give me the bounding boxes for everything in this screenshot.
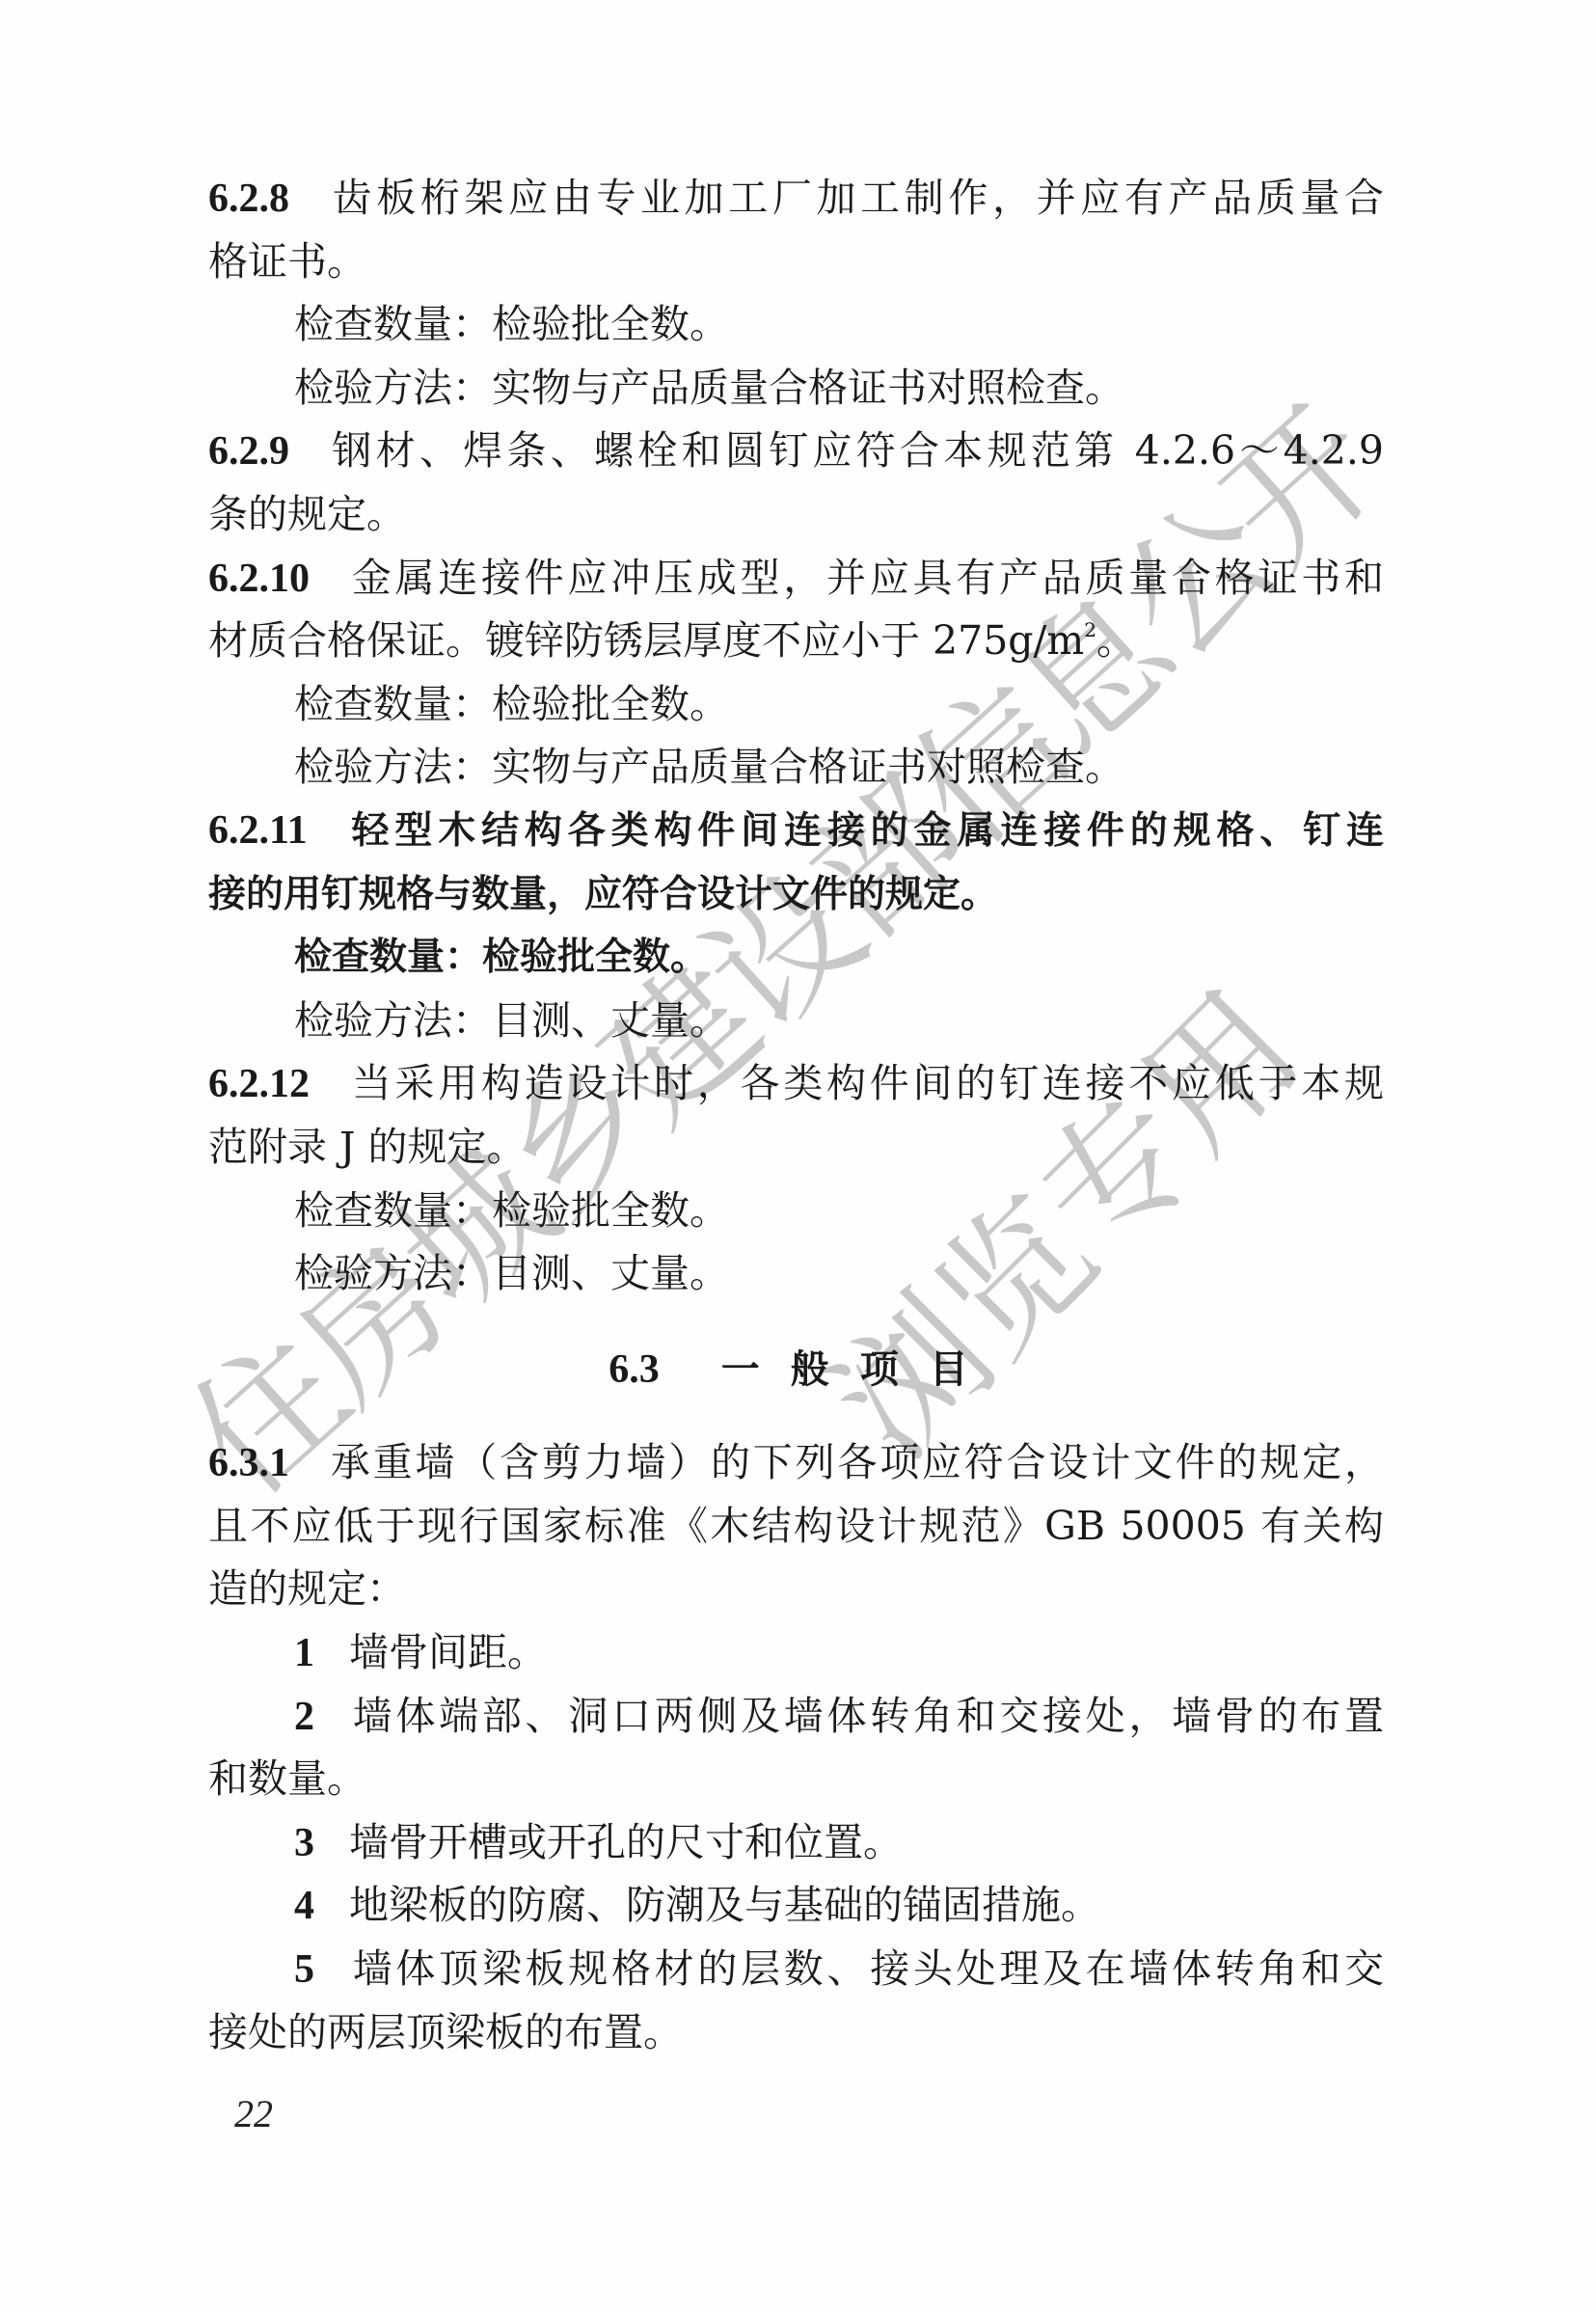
item-text: 墙骨间距。 bbox=[349, 1629, 547, 1675]
clause-6-2-10-line-1: 6.2.10金属连接件应冲压成型，并应具有产品质量合格证书和 bbox=[208, 547, 1384, 611]
clause-number: 6.2.9 bbox=[208, 429, 289, 474]
page-number: 22 bbox=[234, 2091, 273, 2136]
check-quantity: 检查数量：检验批全数。 bbox=[208, 673, 1384, 737]
section-heading: 6.3一般项目 bbox=[208, 1339, 1384, 1402]
item-number: 2 bbox=[294, 1695, 314, 1739]
section-number: 6.3 bbox=[609, 1347, 660, 1392]
list-item-4: 4地梁板的防腐、防潮及与基础的锚固措施。 bbox=[208, 1874, 1384, 1938]
clause-6-2-12-line-1: 6.2.12当采用构造设计时，各类构件间的钉连接不应低于本规 bbox=[208, 1052, 1384, 1116]
clause-number: 6.2.12 bbox=[208, 1062, 310, 1106]
clause-text: 当采用构造设计时，各类构件间的钉连接不应低于本规 bbox=[348, 1060, 1384, 1106]
list-item-5-line-2: 接处的两层顶梁板的布置。 bbox=[208, 2001, 1384, 2065]
clause-6-3-1-line-3: 造的规定： bbox=[208, 1558, 1384, 1621]
clause-number: 6.2.10 bbox=[208, 557, 310, 601]
clause-text: 造的规定： bbox=[208, 1565, 406, 1612]
list-item-2-line-1: 2墙体端部、洞口两侧及墙体转角和交接处，墙骨的布置 bbox=[208, 1685, 1384, 1749]
clause-6-2-11-line-1: 6.2.11轻型木结构各类构件间连接的金属连接件的规格、钉连 bbox=[208, 800, 1384, 863]
clause-text: 钢材、焊条、螺栓和圆钉应符合本规范第 4.2.6～4.2.9 bbox=[328, 427, 1384, 474]
clause-6-2-8-line-2: 格证书。 bbox=[208, 231, 1384, 294]
clause-text: 承重墙（含剪力墙）的下列各项应符合设计文件的规定， bbox=[328, 1439, 1384, 1485]
item-text: 地梁板的防腐、防潮及与基础的锚固措施。 bbox=[349, 1882, 1100, 1928]
body-text: 6.2.8齿板桁架应由专业加工厂加工制作，并应有产品质量合 格证书。 检查数量：… bbox=[208, 167, 1384, 2064]
clause-text: 且不应低于现行国家标准《木结构设计规范》GB 50005 有关构 bbox=[208, 1503, 1384, 1549]
clause-text: 格证书。 bbox=[208, 238, 366, 285]
superscript: 2 bbox=[1084, 618, 1096, 641]
clause-6-2-11-line-2: 接的用钉规格与数量，应符合设计文件的规定。 bbox=[208, 863, 1384, 927]
clause-text: 范附录 J 的规定。 bbox=[208, 1124, 527, 1170]
section-title-char: 项 bbox=[860, 1347, 899, 1392]
item-number: 5 bbox=[294, 1947, 314, 1992]
clause-number: 6.3.1 bbox=[208, 1441, 289, 1485]
clause-number: 6.2.8 bbox=[208, 177, 289, 221]
list-item-1: 1墙骨间距。 bbox=[208, 1621, 1384, 1685]
item-text: 墙骨开槽或开孔的尺寸和位置。 bbox=[349, 1819, 903, 1865]
section-title-char: 目 bbox=[930, 1347, 968, 1392]
clause-6-2-10-line-2: 材质合格保证。镀锌防锈层厚度不应小于 275g/m2。 bbox=[208, 610, 1384, 673]
item-number: 3 bbox=[294, 1821, 314, 1865]
list-item-5-line-1: 5墙体顶梁板规格材的层数、接头处理及在墙体转角和交 bbox=[208, 1938, 1384, 2001]
section-title-char: 一 bbox=[721, 1347, 760, 1392]
clause-6-3-1-line-2: 且不应低于现行国家标准《木结构设计规范》GB 50005 有关构 bbox=[208, 1495, 1384, 1559]
item-text: 墙体顶梁板规格材的层数、接头处理及在墙体转角和交 bbox=[349, 1945, 1384, 1992]
clause-6-2-8-line-1: 6.2.8齿板桁架应由专业加工厂加工制作，并应有产品质量合 bbox=[208, 167, 1384, 231]
check-method: 检验方法：目测、丈量。 bbox=[208, 990, 1384, 1053]
list-item-2-line-2: 和数量。 bbox=[208, 1748, 1384, 1811]
clause-text: 。 bbox=[1096, 617, 1136, 664]
clause-text: 材质合格保证。镀锌防锈层厚度不应小于 275g/m bbox=[208, 617, 1084, 664]
item-number: 4 bbox=[294, 1884, 314, 1928]
clause-6-2-12-line-2: 范附录 J 的规定。 bbox=[208, 1116, 1384, 1180]
clause-text: 条的规定。 bbox=[208, 491, 406, 537]
clause-text: 接的用钉规格与数量，应符合设计文件的规定。 bbox=[208, 873, 998, 916]
clause-text: 齿板桁架应由专业加工厂加工制作，并应有产品质量合 bbox=[328, 175, 1384, 221]
item-text: 墙体端部、洞口两侧及墙体转角和交接处，墙骨的布置 bbox=[349, 1693, 1384, 1739]
check-quantity: 检查数量：检验批全数。 bbox=[208, 293, 1384, 357]
section-title-char: 般 bbox=[791, 1347, 829, 1392]
clause-6-3-1-line-1: 6.3.1承重墙（含剪力墙）的下列各项应符合设计文件的规定， bbox=[208, 1431, 1384, 1495]
item-text: 和数量。 bbox=[208, 1755, 366, 1802]
clause-number: 6.2.11 bbox=[208, 808, 308, 853]
list-item-3: 3墙骨开槽或开孔的尺寸和位置。 bbox=[208, 1811, 1384, 1875]
item-number: 1 bbox=[294, 1631, 314, 1675]
clause-text: 金属连接件应冲压成型，并应具有产品质量合格证书和 bbox=[348, 555, 1384, 601]
item-text: 接处的两层顶梁板的布置。 bbox=[208, 2009, 683, 2055]
check-quantity: 检查数量：检验批全数。 bbox=[208, 926, 1384, 990]
clause-6-2-9-line-2: 条的规定。 bbox=[208, 483, 1384, 547]
clause-text: 轻型木结构各类构件间连接的金属连接件的规格、钉连 bbox=[346, 809, 1384, 853]
clause-6-2-9-line-1: 6.2.9钢材、焊条、螺栓和圆钉应符合本规范第 4.2.6～4.2.9 bbox=[208, 420, 1384, 483]
check-method: 检验方法：目测、丈量。 bbox=[208, 1242, 1384, 1306]
check-method: 检验方法：实物与产品质量合格证书对照检查。 bbox=[208, 357, 1384, 421]
document-page: 住房城乡建设部信息公开 浏览专用 6.2.8齿板桁架应由专业加工厂加工制作，并应… bbox=[0, 0, 1596, 2311]
check-quantity: 检查数量：检验批全数。 bbox=[208, 1180, 1384, 1243]
check-method: 检验方法：实物与产品质量合格证书对照检查。 bbox=[208, 736, 1384, 800]
